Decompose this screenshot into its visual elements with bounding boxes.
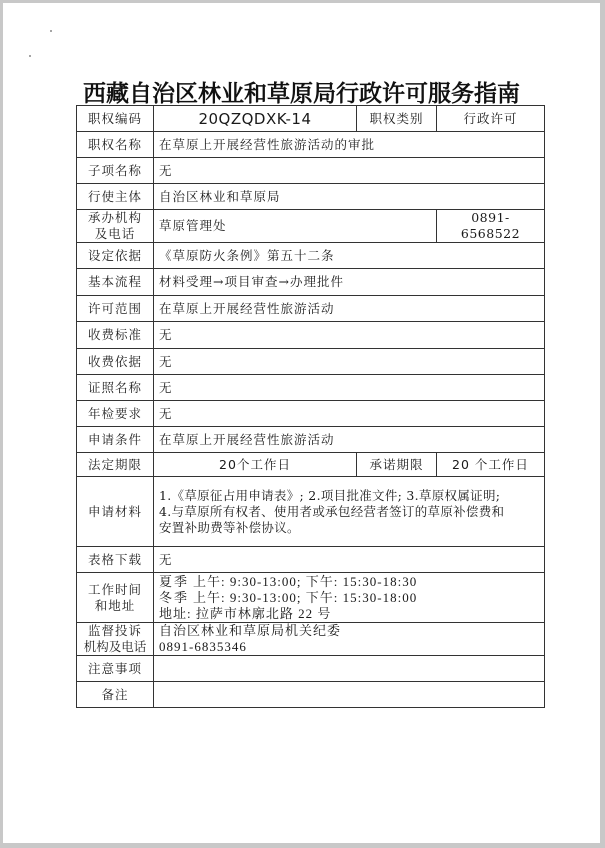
row-process: 基本流程 材料受理→项目审查→办理批件 [77,269,545,296]
row-authority: 行使主体 自治区林业和草原局 [77,184,545,210]
value-remarks [154,682,545,708]
value-materials: 1.《草原征占用申请表》; 2.项目批准文件; 3.草原权属证明; 4.与草原所… [154,477,545,547]
label-materials: 申请材料 [77,477,154,547]
materials-line: 安置补助费等补偿协议。 [159,520,539,536]
value-deadline: 20个工作日 [154,453,357,477]
value-notes [154,656,545,682]
value-hours: 夏季上午: 9:30-13:00; 下午: 15:30-18:30 冬季上午: … [154,573,545,623]
value-name: 在草原上开展经营性旅游活动的审批 [154,132,545,158]
address: 地址: 拉萨市林廓北路 22 号 [159,606,539,622]
label-name: 职权名称 [77,132,154,158]
value-annual-check: 无 [154,401,545,427]
label-handler-line1: 承办机构 [82,210,148,226]
label-conditions: 申请条件 [77,427,154,453]
row-subitem: 子项名称 无 [77,158,545,184]
value-subitem: 无 [154,158,545,184]
value-supervision: 自治区林业和草原局机关纪委 0891-6835346 [154,623,545,656]
label-annual-check: 年检要求 [77,401,154,427]
value-process: 材料受理→项目审查→办理批件 [154,269,545,296]
scan-speck [29,55,31,57]
document-title: 西藏自治区林业和草原局行政许可服务指南 [3,75,600,108]
value-fee-basis: 无 [154,349,545,375]
value-type: 行政许可 [437,106,545,132]
value-license-name: 无 [154,375,545,401]
value-handler-phone: 0891-6568522 [437,210,545,243]
label-fee-standard: 收费标准 [77,322,154,349]
row-code: 职权编码 20QZQDXK-14 职权类别 行政许可 [77,106,545,132]
row-deadline: 法定期限 20个工作日 承诺期限 20 个工作日 [77,453,545,477]
label-supervision: 监督投诉 机构及电话 [77,623,154,656]
label-handler-line2: 及电话 [82,226,148,242]
value-handler: 草原管理处 [154,210,437,243]
hours-summer: 夏季上午: 9:30-13:00; 下午: 15:30-18:30 [159,574,539,590]
value-conditions: 在草原上开展经营性旅游活动 [154,427,545,453]
row-annual-check: 年检要求 无 [77,401,545,427]
value-promise: 20 个工作日 [437,453,545,477]
label-form-download: 表格下载 [77,547,154,573]
label-remarks: 备注 [77,682,154,708]
label-notes: 注意事项 [77,656,154,682]
label-scope: 许可范围 [77,296,154,322]
row-notes: 注意事项 [77,656,545,682]
value-scope: 在草原上开展经营性旅游活动 [154,296,545,322]
document-page: 西藏自治区林业和草原局行政许可服务指南 职权编码 20QZQDXK-14 职权类… [3,3,600,843]
label-process: 基本流程 [77,269,154,296]
hours-winter: 冬季上午: 9:30-13:00; 下午: 15:30-18:00 [159,590,539,606]
row-basis: 设定依据 《草原防火条例》第五十二条 [77,243,545,269]
row-remarks: 备注 [77,682,545,708]
value-basis: 《草原防火条例》第五十二条 [154,243,545,269]
row-name: 职权名称 在草原上开展经营性旅游活动的审批 [77,132,545,158]
row-materials: 申请材料 1.《草原征占用申请表》; 2.项目批准文件; 3.草原权属证明; 4… [77,477,545,547]
service-guide-table: 职权编码 20QZQDXK-14 职权类别 行政许可 职权名称 在草原上开展经营… [76,105,545,708]
row-hours: 工作时间 和地址 夏季上午: 9:30-13:00; 下午: 15:30-18:… [77,573,545,623]
label-fee-basis: 收费依据 [77,349,154,375]
value-code: 20QZQDXK-14 [154,106,357,132]
row-fee-basis: 收费依据 无 [77,349,545,375]
label-authority: 行使主体 [77,184,154,210]
label-deadline: 法定期限 [77,453,154,477]
label-hours-line2: 和地址 [82,598,148,614]
row-handler: 承办机构 及电话 草原管理处 0891-6568522 [77,210,545,243]
label-promise: 承诺期限 [357,453,437,477]
supervision-org: 自治区林业和草原局机关纪委 [159,623,539,639]
supervision-phone: 0891-6835346 [159,639,539,655]
label-handler: 承办机构 及电话 [77,210,154,243]
row-scope: 许可范围 在草原上开展经营性旅游活动 [77,296,545,322]
row-fee-standard: 收费标准 无 [77,322,545,349]
value-authority: 自治区林业和草原局 [154,184,545,210]
materials-line: 1.《草原征占用申请表》; 2.项目批准文件; 3.草原权属证明; [159,488,539,504]
label-type: 职权类别 [357,106,437,132]
label-basis: 设定依据 [77,243,154,269]
row-license-name: 证照名称 无 [77,375,545,401]
label-license-name: 证照名称 [77,375,154,401]
label-code: 职权编码 [77,106,154,132]
materials-line: 4.与草原所有权者、使用者或承包经营者签订的草原补偿费和 [159,504,539,520]
row-supervision: 监督投诉 机构及电话 自治区林业和草原局机关纪委 0891-6835346 [77,623,545,656]
label-hours: 工作时间 和地址 [77,573,154,623]
label-hours-line1: 工作时间 [82,582,148,598]
label-subitem: 子项名称 [77,158,154,184]
row-form-download: 表格下载 无 [77,547,545,573]
value-form-download: 无 [154,547,545,573]
scan-speck [50,30,52,32]
row-conditions: 申请条件 在草原上开展经营性旅游活动 [77,427,545,453]
label-supervision-line2: 机构及电话 [82,639,148,655]
label-supervision-line1: 监督投诉 [82,623,148,639]
value-fee-standard: 无 [154,322,545,349]
